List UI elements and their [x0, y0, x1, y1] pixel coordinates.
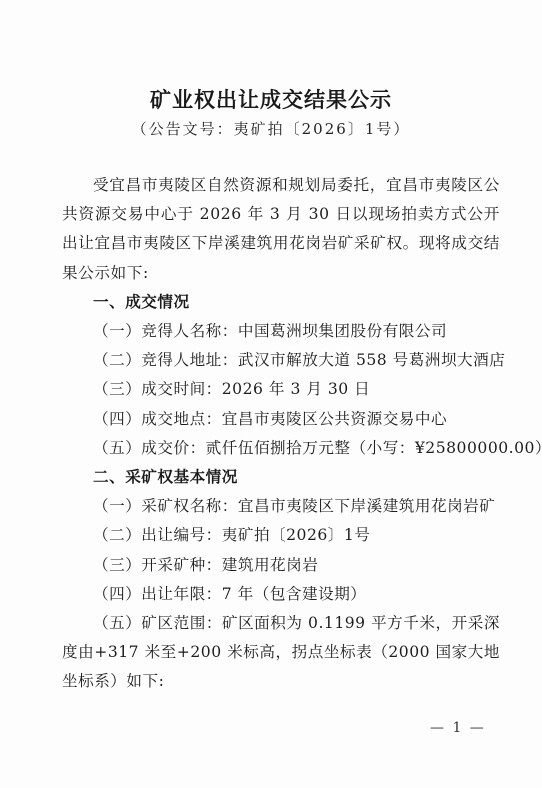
item-transaction-time: （三）成交时间：2026 年 3 月 30 日	[62, 375, 500, 404]
item-transaction-location: （四）成交地点：宜昌市夷陵区公共资源交易中心	[62, 405, 500, 434]
item-bidder-address: （二）竞得人地址：武汉市解放大道 558 号葛洲坝大酒店	[62, 346, 500, 375]
section-heading-transaction: 一、成交情况	[62, 288, 500, 317]
announcement-number: （公告文号：夷矿拍〔2026〕1号）	[0, 118, 542, 139]
document-page: 矿业权出让成交结果公示 （公告文号：夷矿拍〔2026〕1号） 受宜昌市夷陵区自然…	[0, 0, 542, 788]
item-transfer-period: （四）出让年限：7 年（包含建设期）	[62, 580, 500, 609]
item-mining-right-name: （一）采矿权名称：宜昌市夷陵区下岸溪建筑用花岗岩矿	[62, 492, 500, 521]
item-transfer-number: （二）出让编号：夷矿拍〔2026〕1号	[62, 521, 500, 550]
page-number: — 1 —	[430, 720, 486, 736]
item-mineral-type: （三）开采矿种：建筑用花岗岩	[62, 551, 500, 580]
item-bidder-name: （一）竞得人名称：中国葛洲坝集团股份有限公司	[62, 317, 500, 346]
item-transaction-price: （五）成交价：贰仟伍佰捌拾万元整（小写：¥25800000.00）。	[62, 434, 500, 463]
section-heading-mining-rights: 二、采矿权基本情况	[62, 463, 500, 492]
document-body: 受宜昌市夷陵区自然资源和规划局委托，宜昌市夷陵区公共资源交易中心于 2026 年…	[62, 171, 500, 697]
item-mining-area-scope: （五）矿区范围：矿区面积为 0.1199 平方千米，开采深度由+317 米至+2…	[62, 609, 500, 697]
intro-paragraph: 受宜昌市夷陵区自然资源和规划局委托，宜昌市夷陵区公共资源交易中心于 2026 年…	[62, 171, 500, 288]
document-title: 矿业权出让成交结果公示	[0, 84, 542, 114]
